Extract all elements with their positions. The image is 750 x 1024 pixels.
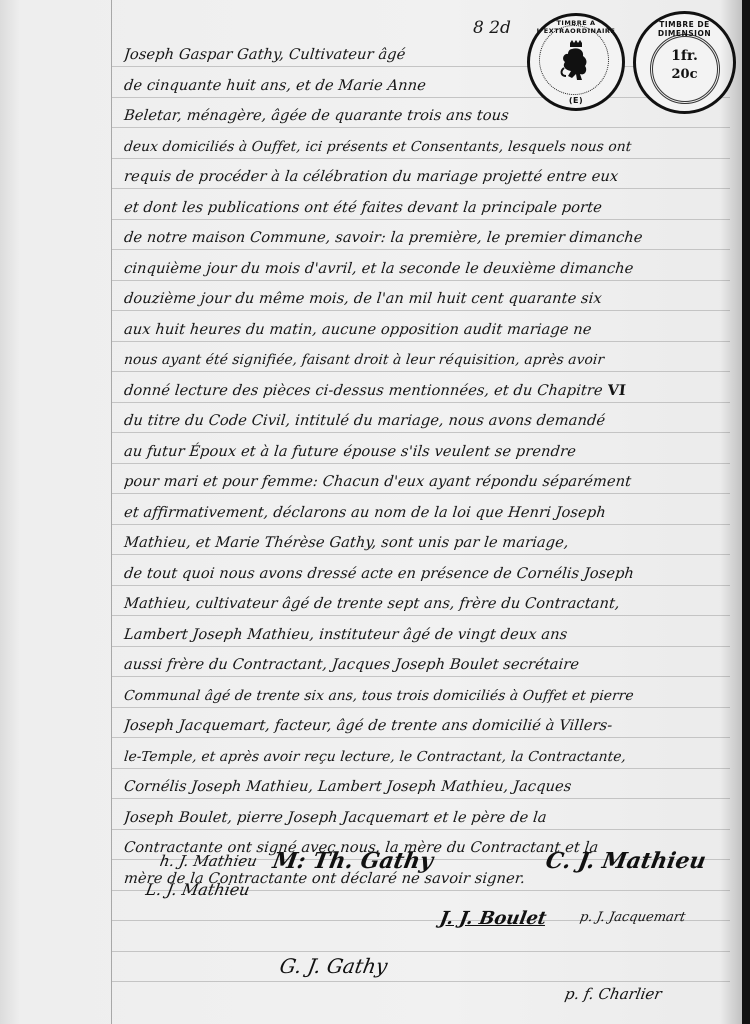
stamp-ring-text: TIMBRE A L'EXTRAORDINAIRE — [530, 19, 622, 35]
text-line: Joseph Boulet, pierre Joseph Jacquemart … — [122, 803, 735, 834]
chapter-numeral: VI — [607, 382, 627, 399]
text-line: de notre maison Commune, savoir: la prem… — [122, 223, 735, 254]
text-line: de tout quoi nous avons dressé acte en p… — [122, 559, 735, 590]
signature-l-j-mathieu: L. J. Mathieu — [144, 880, 251, 899]
text-line: Beletar, ménagère, âgée de quarante troi… — [122, 101, 735, 132]
text-line: donné lecture des pièces ci-dessus menti… — [123, 382, 603, 399]
ruled-line — [112, 981, 730, 982]
signature-j-j-boulet: J. J. Boulet — [438, 908, 548, 929]
signature-p-j-jacquemart: p. J. Jacquemart — [579, 910, 687, 925]
marriage-record-body: Joseph Gaspar Gathy, Cultivateur âgé de … — [124, 40, 734, 894]
text-line: Cornélis Joseph Mathieu, Lambert Joseph … — [122, 772, 735, 803]
text-line: et affirmativement, déclarons au nom de … — [122, 498, 735, 529]
text-line-chapter: donné lecture des pièces ci-dessus menti… — [122, 376, 735, 407]
scan-edge-shadow — [720, 0, 742, 1024]
text-line: Joseph Jacquemart, facteur, âgé de trent… — [122, 711, 735, 742]
text-line: le-Temple, et après avoir reçu lecture, … — [122, 742, 735, 773]
document-page: 8 2d TIMBRE A L'EXTRAORDINAIRE (E) TIMBR… — [0, 0, 742, 1024]
text-line: Mathieu, cultivateur âgé de trente sept … — [122, 589, 735, 620]
text-line: requis de procéder à la célébration du m… — [122, 162, 735, 193]
signature-h-j-mathieu: h. J. Mathieu — [158, 852, 258, 870]
text-line: deux domiciliés à Ouffet, ici présents e… — [122, 132, 735, 163]
text-line: cinquième jour du mois d'avril, et la se… — [122, 254, 735, 285]
text-line: Mathieu, et Marie Thérèse Gathy, sont un… — [122, 528, 735, 559]
text-line: de cinquante huit ans, et de Marie Anne — [122, 71, 515, 102]
text-line: aussi frère du Contractant, Jacques Jose… — [122, 650, 735, 681]
text-line: nous ayant été signifiée, faisant droit … — [122, 345, 735, 376]
scan-edge — [742, 0, 750, 1024]
signature-m-th-gathy: M: Th. Gathy — [271, 848, 435, 874]
reference-number: 8 2d — [473, 18, 511, 38]
text-line: et dont les publications ont été faites … — [122, 193, 735, 224]
text-line: Communal âgé de trente six ans, tous tro… — [122, 681, 735, 712]
text-line: douzième jour du même mois, de l'an mil … — [122, 284, 735, 315]
signature-p-f-charlier: p. f. Charlier — [563, 985, 663, 1003]
signature-c-j-mathieu: C. J. Mathieu — [544, 848, 708, 874]
margin-line — [111, 0, 112, 1024]
text-line: au futur Époux et à la future épouse s'i… — [122, 437, 735, 468]
text-line: Joseph Gaspar Gathy, Cultivateur âgé — [122, 40, 485, 71]
text-line: pour mari et pour femme: Chacun d'eux ay… — [122, 467, 735, 498]
text-line: aux huit heures du matin, aucune opposit… — [122, 315, 735, 346]
stamp-ring-text: TIMBRE DE DIMENSION — [636, 20, 733, 38]
signature-g-j-gathy: G. J. Gathy — [278, 954, 390, 978]
text-line: Lambert Joseph Mathieu, instituteur âgé … — [122, 620, 735, 651]
text-line: du titre du Code Civil, intitulé du mari… — [122, 406, 735, 437]
ruled-line — [112, 951, 730, 952]
